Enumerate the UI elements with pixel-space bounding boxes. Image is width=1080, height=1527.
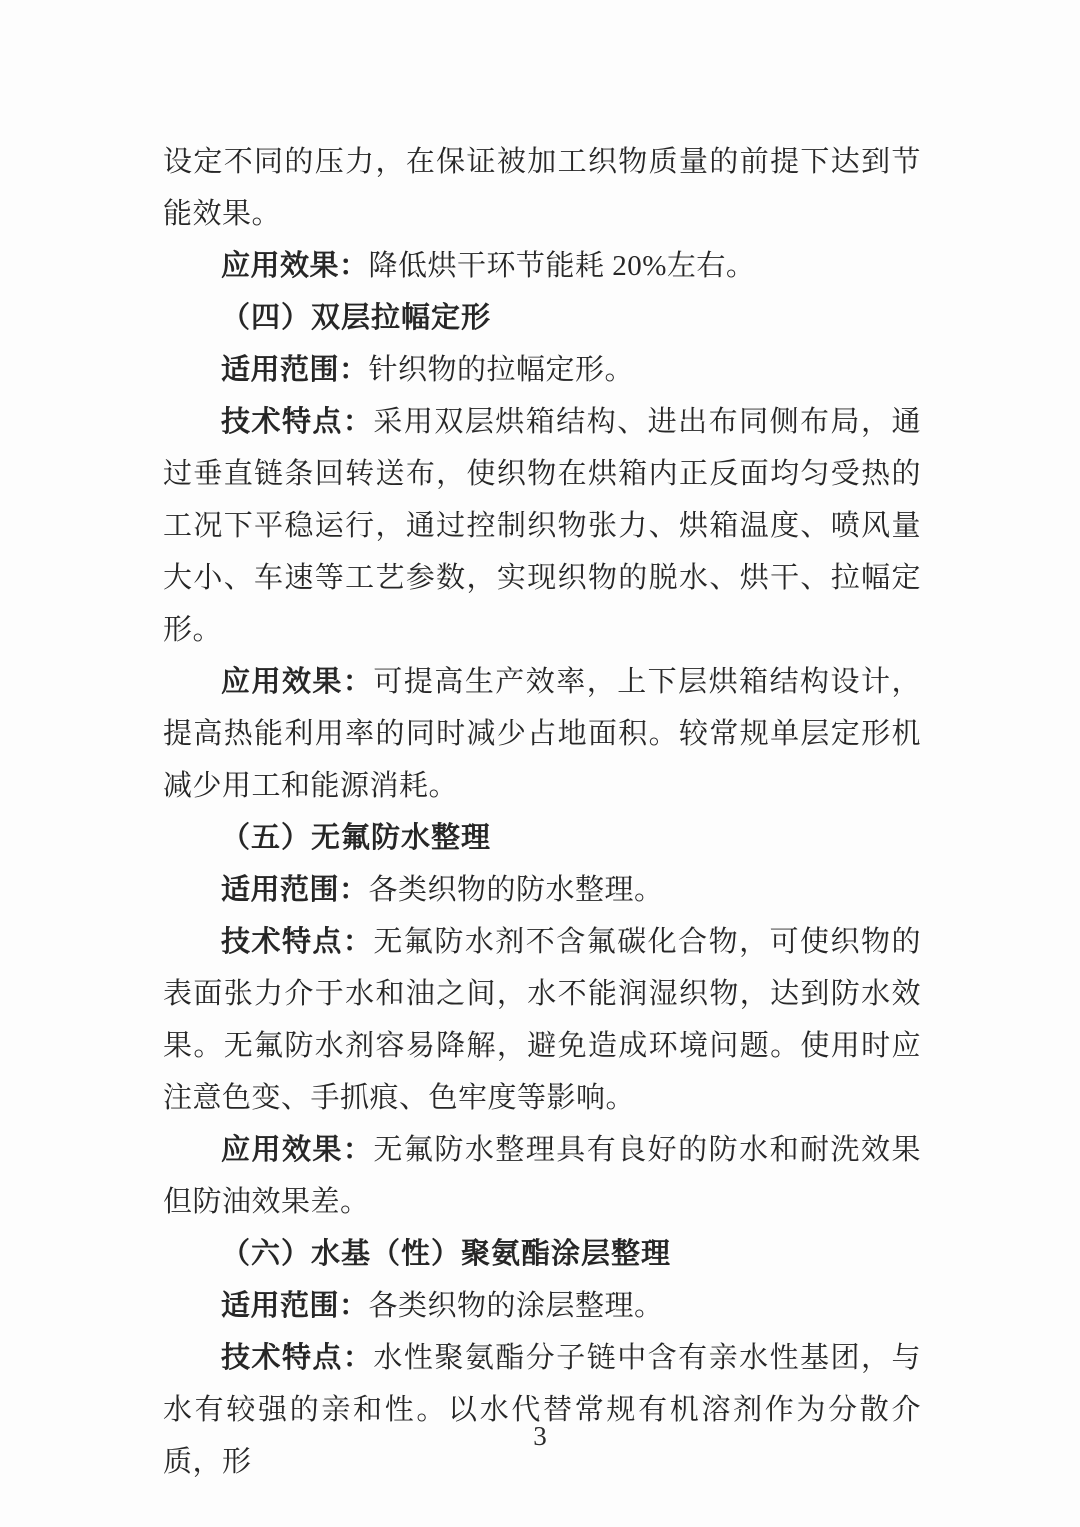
paragraph: 适用范围：各类织物的防水整理。 <box>163 864 921 916</box>
paragraph: 技术特点：水性聚氨酯分子链中含有亲水性基团，与水有较强的亲和性。以水代替常规有机… <box>163 1332 921 1488</box>
paragraph-text: 各类织物的涂层整理。 <box>369 1290 664 1322</box>
paragraph-label: 适用范围： <box>221 354 369 386</box>
paragraph-text: 设定不同的压力，在保证被加工织物质量的前提下达到节能效果。 <box>163 146 921 230</box>
paragraph-text: 针织物的拉幅定形。 <box>369 354 635 386</box>
paragraph: 设定不同的压力，在保证被加工织物质量的前提下达到节能效果。 <box>163 136 921 240</box>
page-number: 3 <box>533 1421 547 1451</box>
paragraph-text: 采用双层烘箱结构、进出布同侧布局，通过垂直链条回转送布，使织物在烘箱内正反面均匀… <box>163 406 921 646</box>
section-heading: （六）水基（性）聚氨酯涂层整理 <box>163 1228 921 1280</box>
paragraph-label: 技术特点： <box>221 926 373 958</box>
paragraph-text: 降低烘干环节能耗 20%左右。 <box>369 250 756 282</box>
paragraph: 适用范围：各类织物的涂层整理。 <box>163 1280 921 1332</box>
section-heading: （四）双层拉幅定形 <box>163 292 921 344</box>
paragraph: 应用效果：无氟防水整理具有良好的防水和耐洗效果但防油效果差。 <box>163 1124 921 1228</box>
paragraph-text: 各类织物的防水整理。 <box>369 874 664 906</box>
paragraph: 适用范围：针织物的拉幅定形。 <box>163 344 921 396</box>
section-heading-label: （四）双层拉幅定形 <box>221 302 491 334</box>
page-footer: 3 <box>0 1418 1080 1454</box>
paragraph-label: 适用范围： <box>221 1290 369 1322</box>
paragraph-label: 技术特点： <box>221 406 373 438</box>
paragraph-label: 应用效果： <box>221 1134 373 1166</box>
paragraph: 技术特点：采用双层烘箱结构、进出布同侧布局，通过垂直链条回转送布，使织物在烘箱内… <box>163 396 921 656</box>
section-heading: （五）无氟防水整理 <box>163 812 921 864</box>
paragraph-label: 适用范围： <box>221 874 369 906</box>
paragraph-label: 应用效果： <box>221 666 373 698</box>
section-heading-label: （六）水基（性）聚氨酯涂层整理 <box>221 1238 671 1270</box>
paragraph: 应用效果：降低烘干环节能耗 20%左右。 <box>163 240 921 292</box>
paragraph: 技术特点：无氟防水剂不含氟碳化合物，可使织物的表面张力介于水和油之间，水不能润湿… <box>163 916 921 1124</box>
paragraph: 应用效果：可提高生产效率，上下层烘箱结构设计，提高热能利用率的同时减少占地面积。… <box>163 656 921 812</box>
paragraph-label: 应用效果： <box>221 250 369 282</box>
document-body: 设定不同的压力，在保证被加工织物质量的前提下达到节能效果。 应用效果：降低烘干环… <box>163 136 921 1488</box>
document-page: 设定不同的压力，在保证被加工织物质量的前提下达到节能效果。 应用效果：降低烘干环… <box>0 0 1080 1527</box>
paragraph-label: 技术特点： <box>221 1342 373 1374</box>
section-heading-label: （五）无氟防水整理 <box>221 822 491 854</box>
